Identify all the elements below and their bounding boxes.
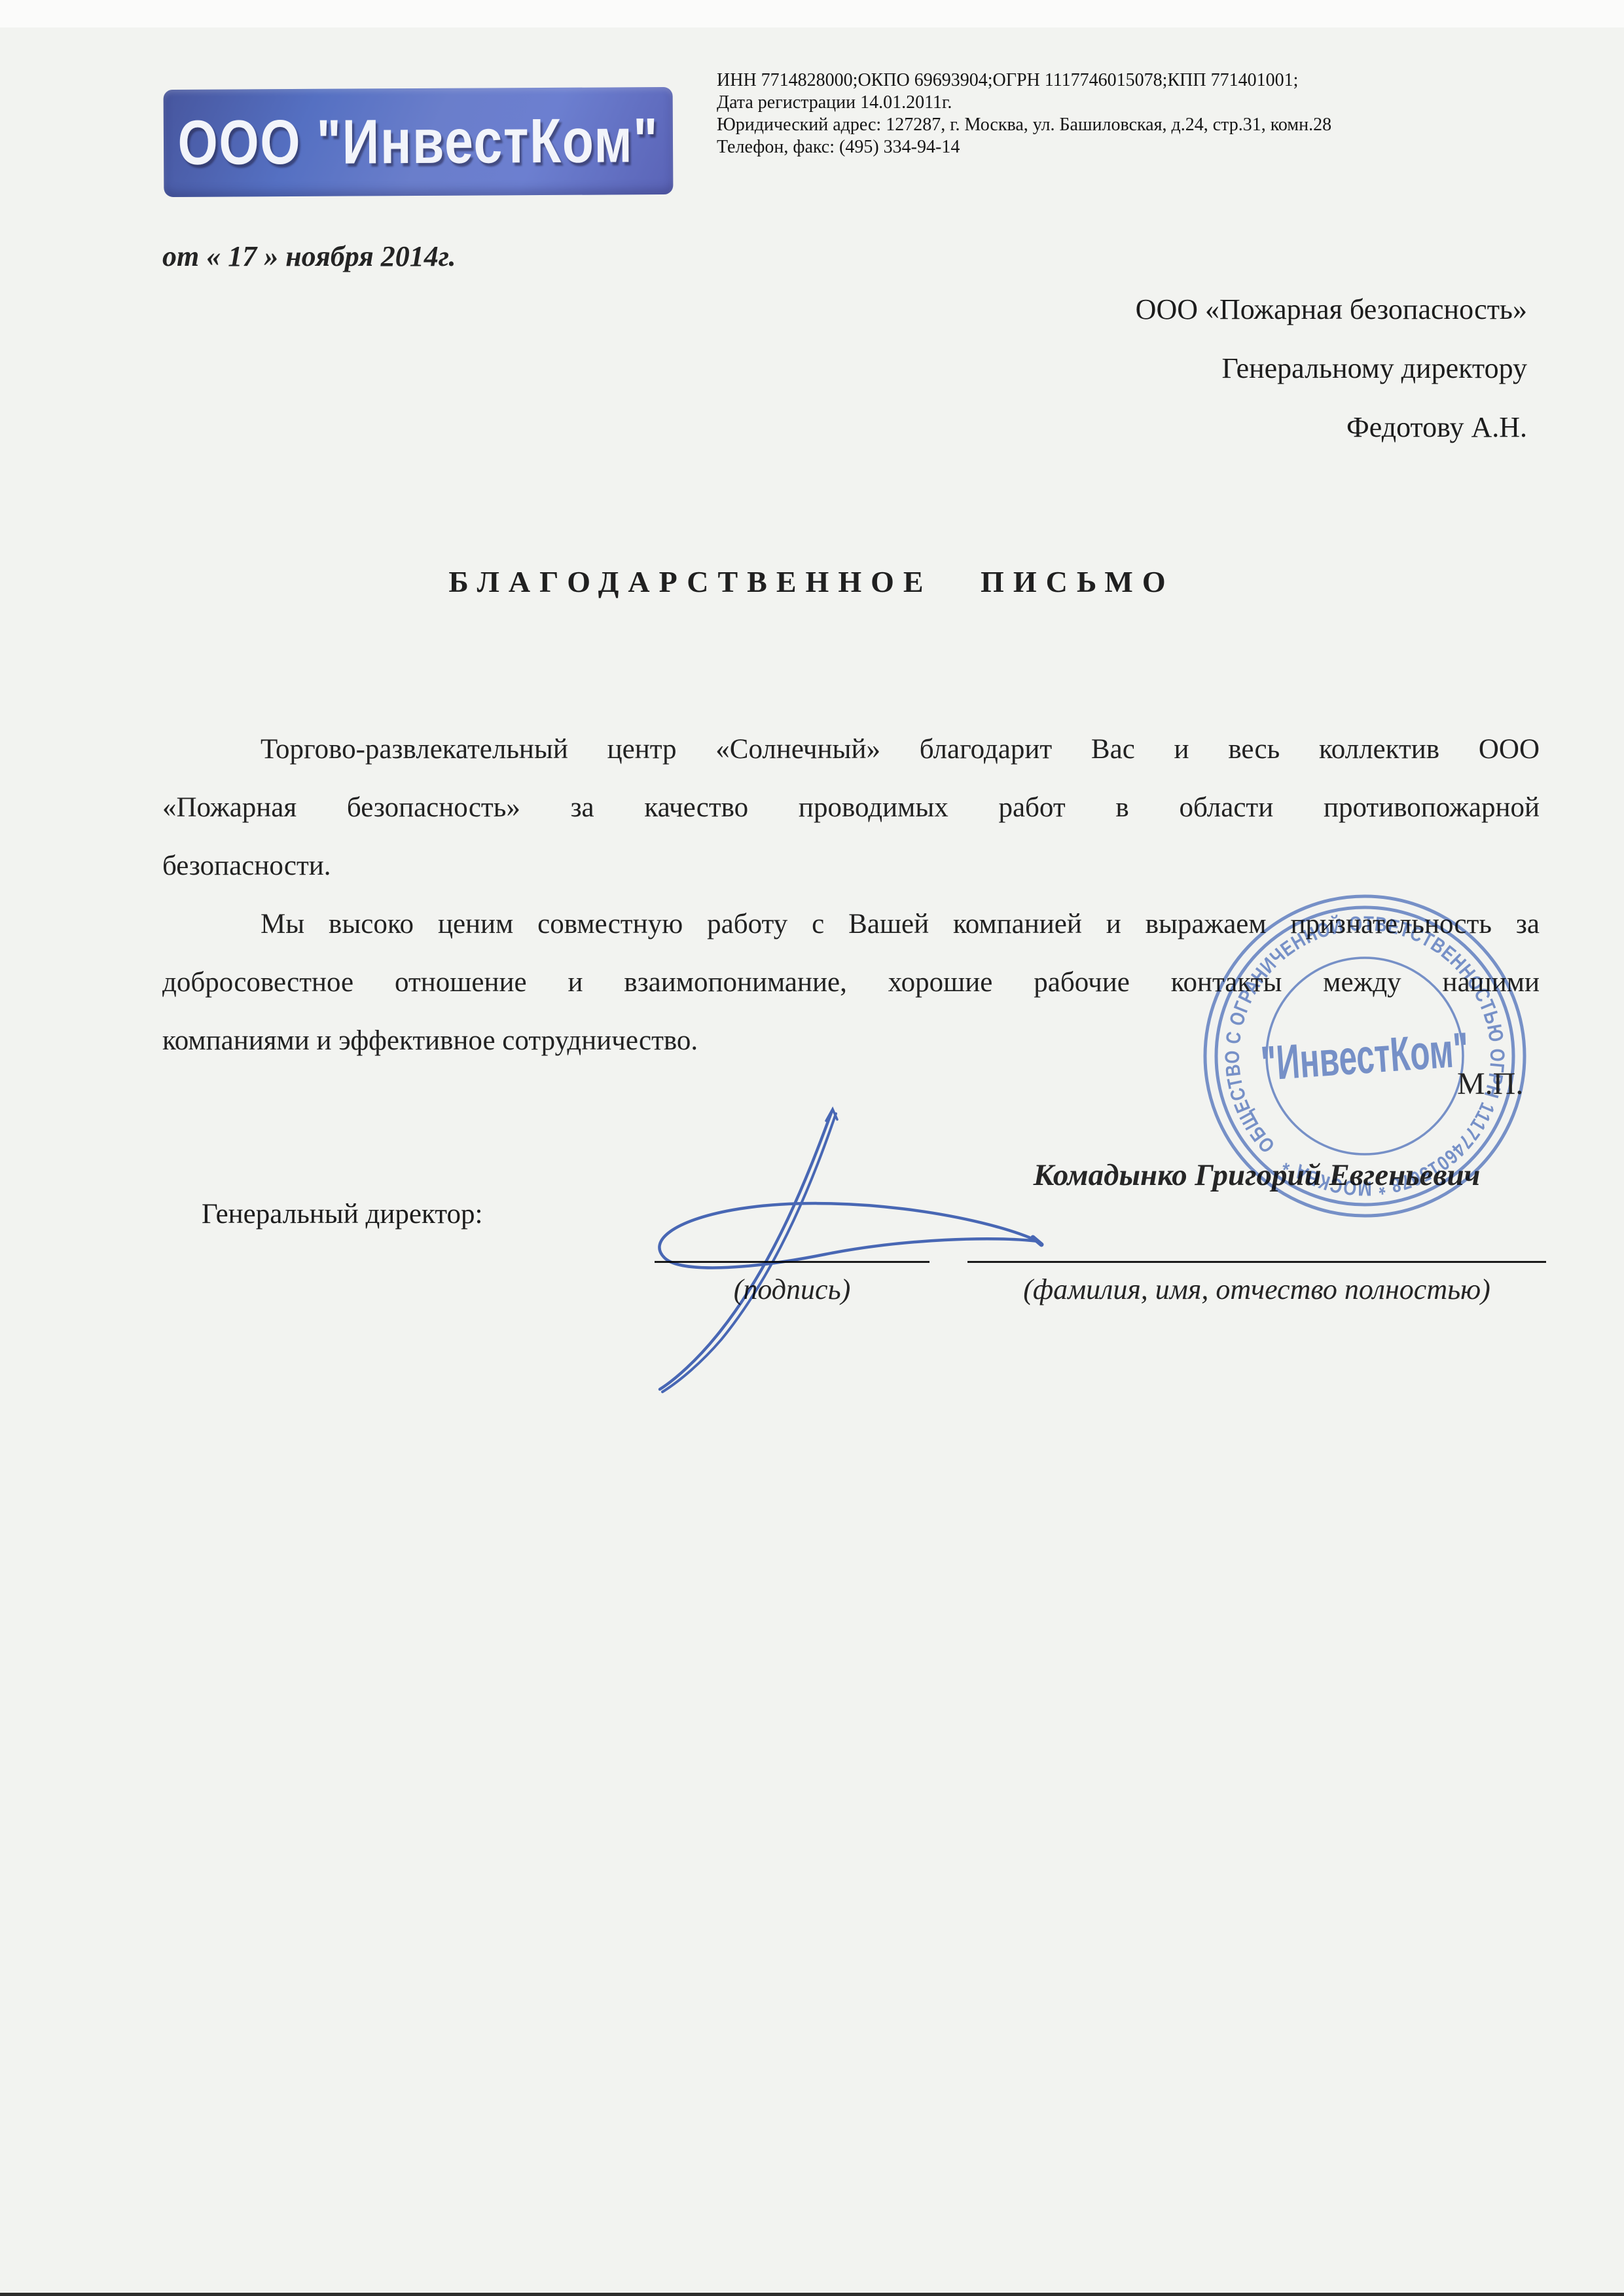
letter-date: от « 17 » ноября 2014г. (162, 240, 456, 273)
company-detail-registration: Дата регистрации 14.01.2011г. (717, 92, 1581, 114)
company-seal-stamp: ОБЩЕСТВО С ОГРАНИЧЕННОЙ ОТВЕТСТВЕННОСТЬЮ… (1201, 892, 1528, 1220)
recipient-person: Федотову А.Н. (1136, 398, 1527, 457)
seal-place-mark: М.П. (1457, 1066, 1523, 1102)
recipient-block: ООО «Пожарная безопасность» Генеральному… (1136, 280, 1527, 457)
handwritten-signature (615, 1080, 1074, 1421)
recipient-position: Генеральному директору (1136, 339, 1527, 398)
company-detail-address: Юридический адрес: 127287, г. Москва, ул… (717, 114, 1581, 136)
company-details: ИНН 7714828000;ОКПО 69693904;ОГРН 111774… (717, 69, 1581, 158)
scan-bottom-edge (0, 2293, 1624, 2296)
company-logo: ООО "ИнвестКом" (164, 87, 674, 197)
letter-title: БЛАГОДАРСТВЕННОЕ ПИСЬМО (123, 564, 1500, 599)
company-detail-phone: Телефон, факс: (495) 334-94-14 (717, 136, 1581, 158)
signature-diagonal-stroke (662, 1114, 836, 1392)
scanned-letter-page: ООО "ИнвестКом" ИНН 7714828000;ОКПО 6969… (0, 0, 1624, 2296)
company-detail-inn: ИНН 7714828000;ОКПО 69693904;ОГРН 111774… (717, 69, 1581, 92)
body-line: Торгово-развлекательный центр «Солнечный… (162, 720, 1540, 778)
signature-loop-stroke (659, 1203, 1038, 1267)
body-line: безопасности. (162, 837, 1540, 895)
signature-diagonal-stroke (660, 1111, 832, 1389)
seal-center-text: "ИнвестКом" (1259, 1023, 1471, 1091)
signature-loop-tip (1033, 1237, 1041, 1245)
director-label: Генеральный директор: (202, 1198, 482, 1230)
recipient-company: ООО «Пожарная безопасность» (1136, 280, 1527, 339)
company-logo-text: ООО "ИнвестКом" (177, 105, 659, 179)
body-line: «Пожарная безопасность» за качество пров… (162, 778, 1540, 837)
scan-top-edge (0, 0, 1624, 27)
